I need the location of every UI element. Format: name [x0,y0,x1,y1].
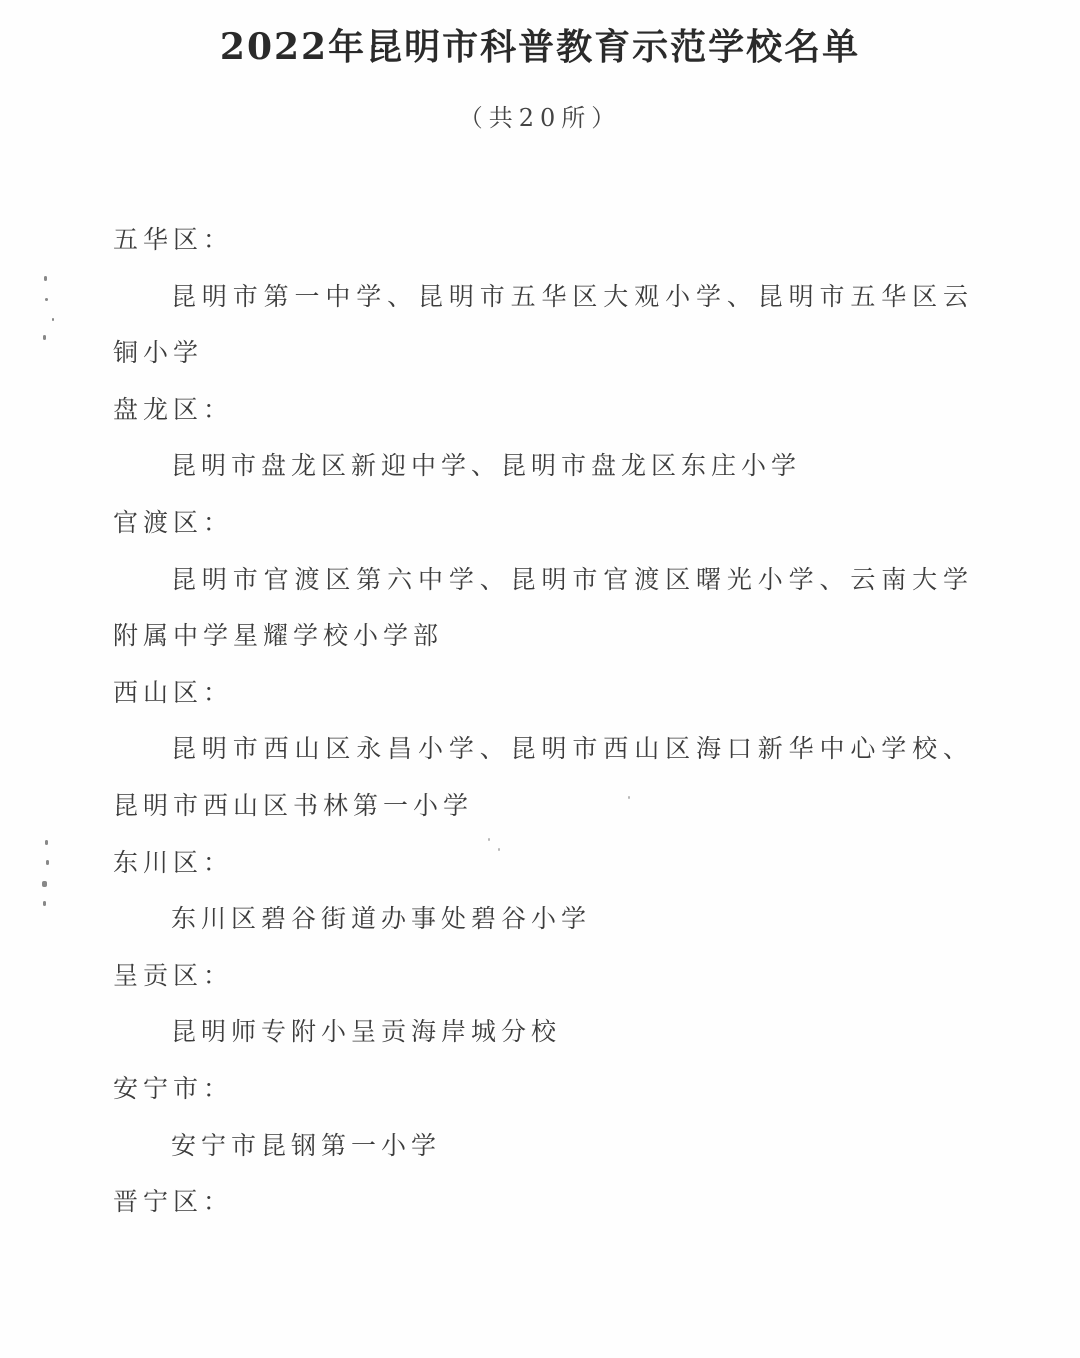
section-panlong: 盘龙区： 昆明市盘龙区新迎中学、昆明市盘龙区东庄小学 [113,382,973,495]
scan-speck [46,860,49,865]
section-dongchuan: 东川区： 东川区碧谷街道办事处碧谷小学 [113,835,973,948]
district-heading: 盘龙区： [113,382,973,439]
section-anning: 安宁市： 安宁市昆钢第一小学 [113,1061,973,1174]
section-xishan: 西山区： 昆明市西山区永昌小学、昆明市西山区海口新华中心学校、昆明市西山区书林第… [113,665,973,835]
school-list: 五华区： 昆明市第一中学、昆明市五华区大观小学、昆明市五华区云铜小学 盘龙区： … [113,212,973,1231]
scan-speck [628,796,630,799]
scan-speck [455,802,457,805]
scan-speck [45,840,48,845]
section-chenggong: 呈贡区： 昆明师专附小呈贡海岸城分校 [113,948,973,1061]
document-subtitle: （共20所） [0,100,1080,136]
scan-speck [43,901,46,906]
school-entries: 安宁市昆钢第一小学 [113,1118,973,1175]
scan-speck [44,276,47,281]
district-heading: 五华区： [113,212,973,269]
scan-speck [42,881,47,887]
district-heading: 呈贡区： [113,948,973,1005]
district-heading: 西山区： [113,665,973,722]
document-title: 2022年昆明市科普教育示范学校名单 [0,22,1080,72]
scan-speck [45,298,48,301]
section-jinning: 晋宁区： [113,1174,973,1231]
school-entries: 昆明市第一中学、昆明市五华区大观小学、昆明市五华区云铜小学 [113,269,973,382]
scan-speck [43,335,46,340]
scan-speck [498,848,500,851]
scan-speck [488,838,490,841]
district-heading: 安宁市： [113,1061,973,1118]
scan-speck [52,318,54,321]
district-heading: 官渡区： [113,495,973,552]
school-entries: 昆明市西山区永昌小学、昆明市西山区海口新华中心学校、昆明市西山区书林第一小学 [113,721,973,834]
section-guandu: 官渡区： 昆明市官渡区第六中学、昆明市官渡区曙光小学、云南大学附属中学星耀学校小… [113,495,973,665]
school-entries: 昆明市官渡区第六中学、昆明市官渡区曙光小学、云南大学附属中学星耀学校小学部 [113,552,973,665]
school-entries: 东川区碧谷街道办事处碧谷小学 [113,891,973,948]
school-entries: 昆明师专附小呈贡海岸城分校 [113,1004,973,1061]
section-wuhua: 五华区： 昆明市第一中学、昆明市五华区大观小学、昆明市五华区云铜小学 [113,212,973,382]
district-heading: 晋宁区： [113,1174,973,1231]
school-entries: 昆明市盘龙区新迎中学、昆明市盘龙区东庄小学 [113,438,973,495]
district-heading: 东川区： [113,835,973,892]
document-page: 2022年昆明市科普教育示范学校名单 （共20所） 五华区： 昆明市第一中学、昆… [0,0,1080,1358]
